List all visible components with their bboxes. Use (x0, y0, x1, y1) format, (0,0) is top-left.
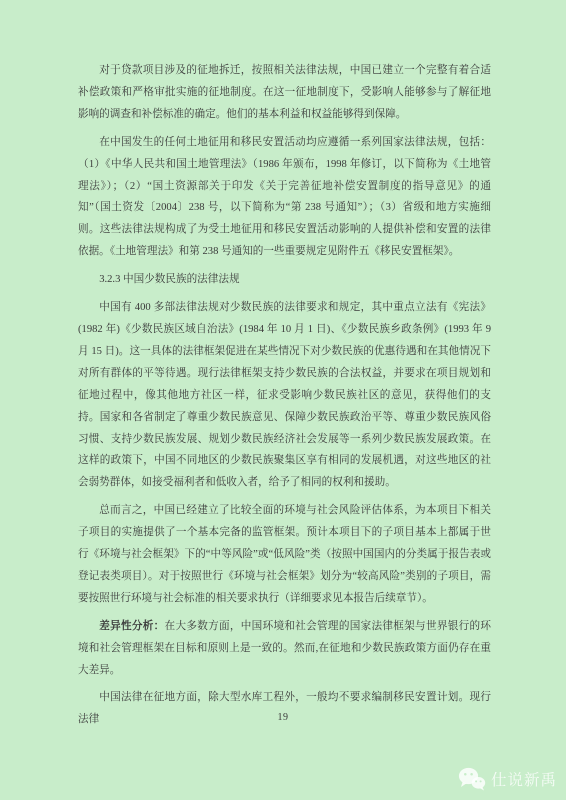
paragraph-minority-laws: 中国有 400 多部法律法规对少数民族的法律要求和规定，其中重点立法有《宪法》(… (78, 297, 491, 494)
paragraph-resettlement-plan: 中国法律在征地方面，除大型水库工程外，一般均不要求编制移民安置计划。现行法律 (78, 687, 491, 731)
paragraph-land-acquisition-system: 对于贷款项目涉及的征地拆迁，按照相关法律法规，中国已建立一个完整有着合适补偿政策… (78, 60, 491, 126)
paragraph-gap-analysis: 差异性分析：在大多数方面，中国环境和社会管理的国家法律框架与世界银行的环境和社会… (78, 616, 491, 682)
document-page: 对于贷款项目涉及的征地拆迁，按照相关法律法规，中国已建立一个完整有着合适补偿政策… (0, 0, 566, 800)
wechat-icon (458, 767, 486, 791)
page-number: 19 (0, 712, 566, 723)
watermark: 仕说新禹 (458, 767, 557, 791)
watermark-label: 仕说新禹 (491, 768, 557, 790)
section-heading-3-2-3: 3.2.3 中国少数民族的法律法规 (78, 269, 491, 291)
gap-analysis-label: 差异性分析： (99, 621, 164, 632)
paragraph-national-laws: 在中国发生的任何土地征用和移民安置活动均应遵循一系列国家法律法规，包括：（1）《… (78, 132, 491, 263)
document-content: 对于贷款项目涉及的征地拆迁，按照相关法律法规，中国已建立一个完整有着合适补偿政策… (78, 60, 491, 737)
paragraph-risk-assessment-summary: 总而言之，中国已经建立了比较全面的环境与社会风险评估体系，为本项目下相关子项目的… (78, 500, 491, 610)
